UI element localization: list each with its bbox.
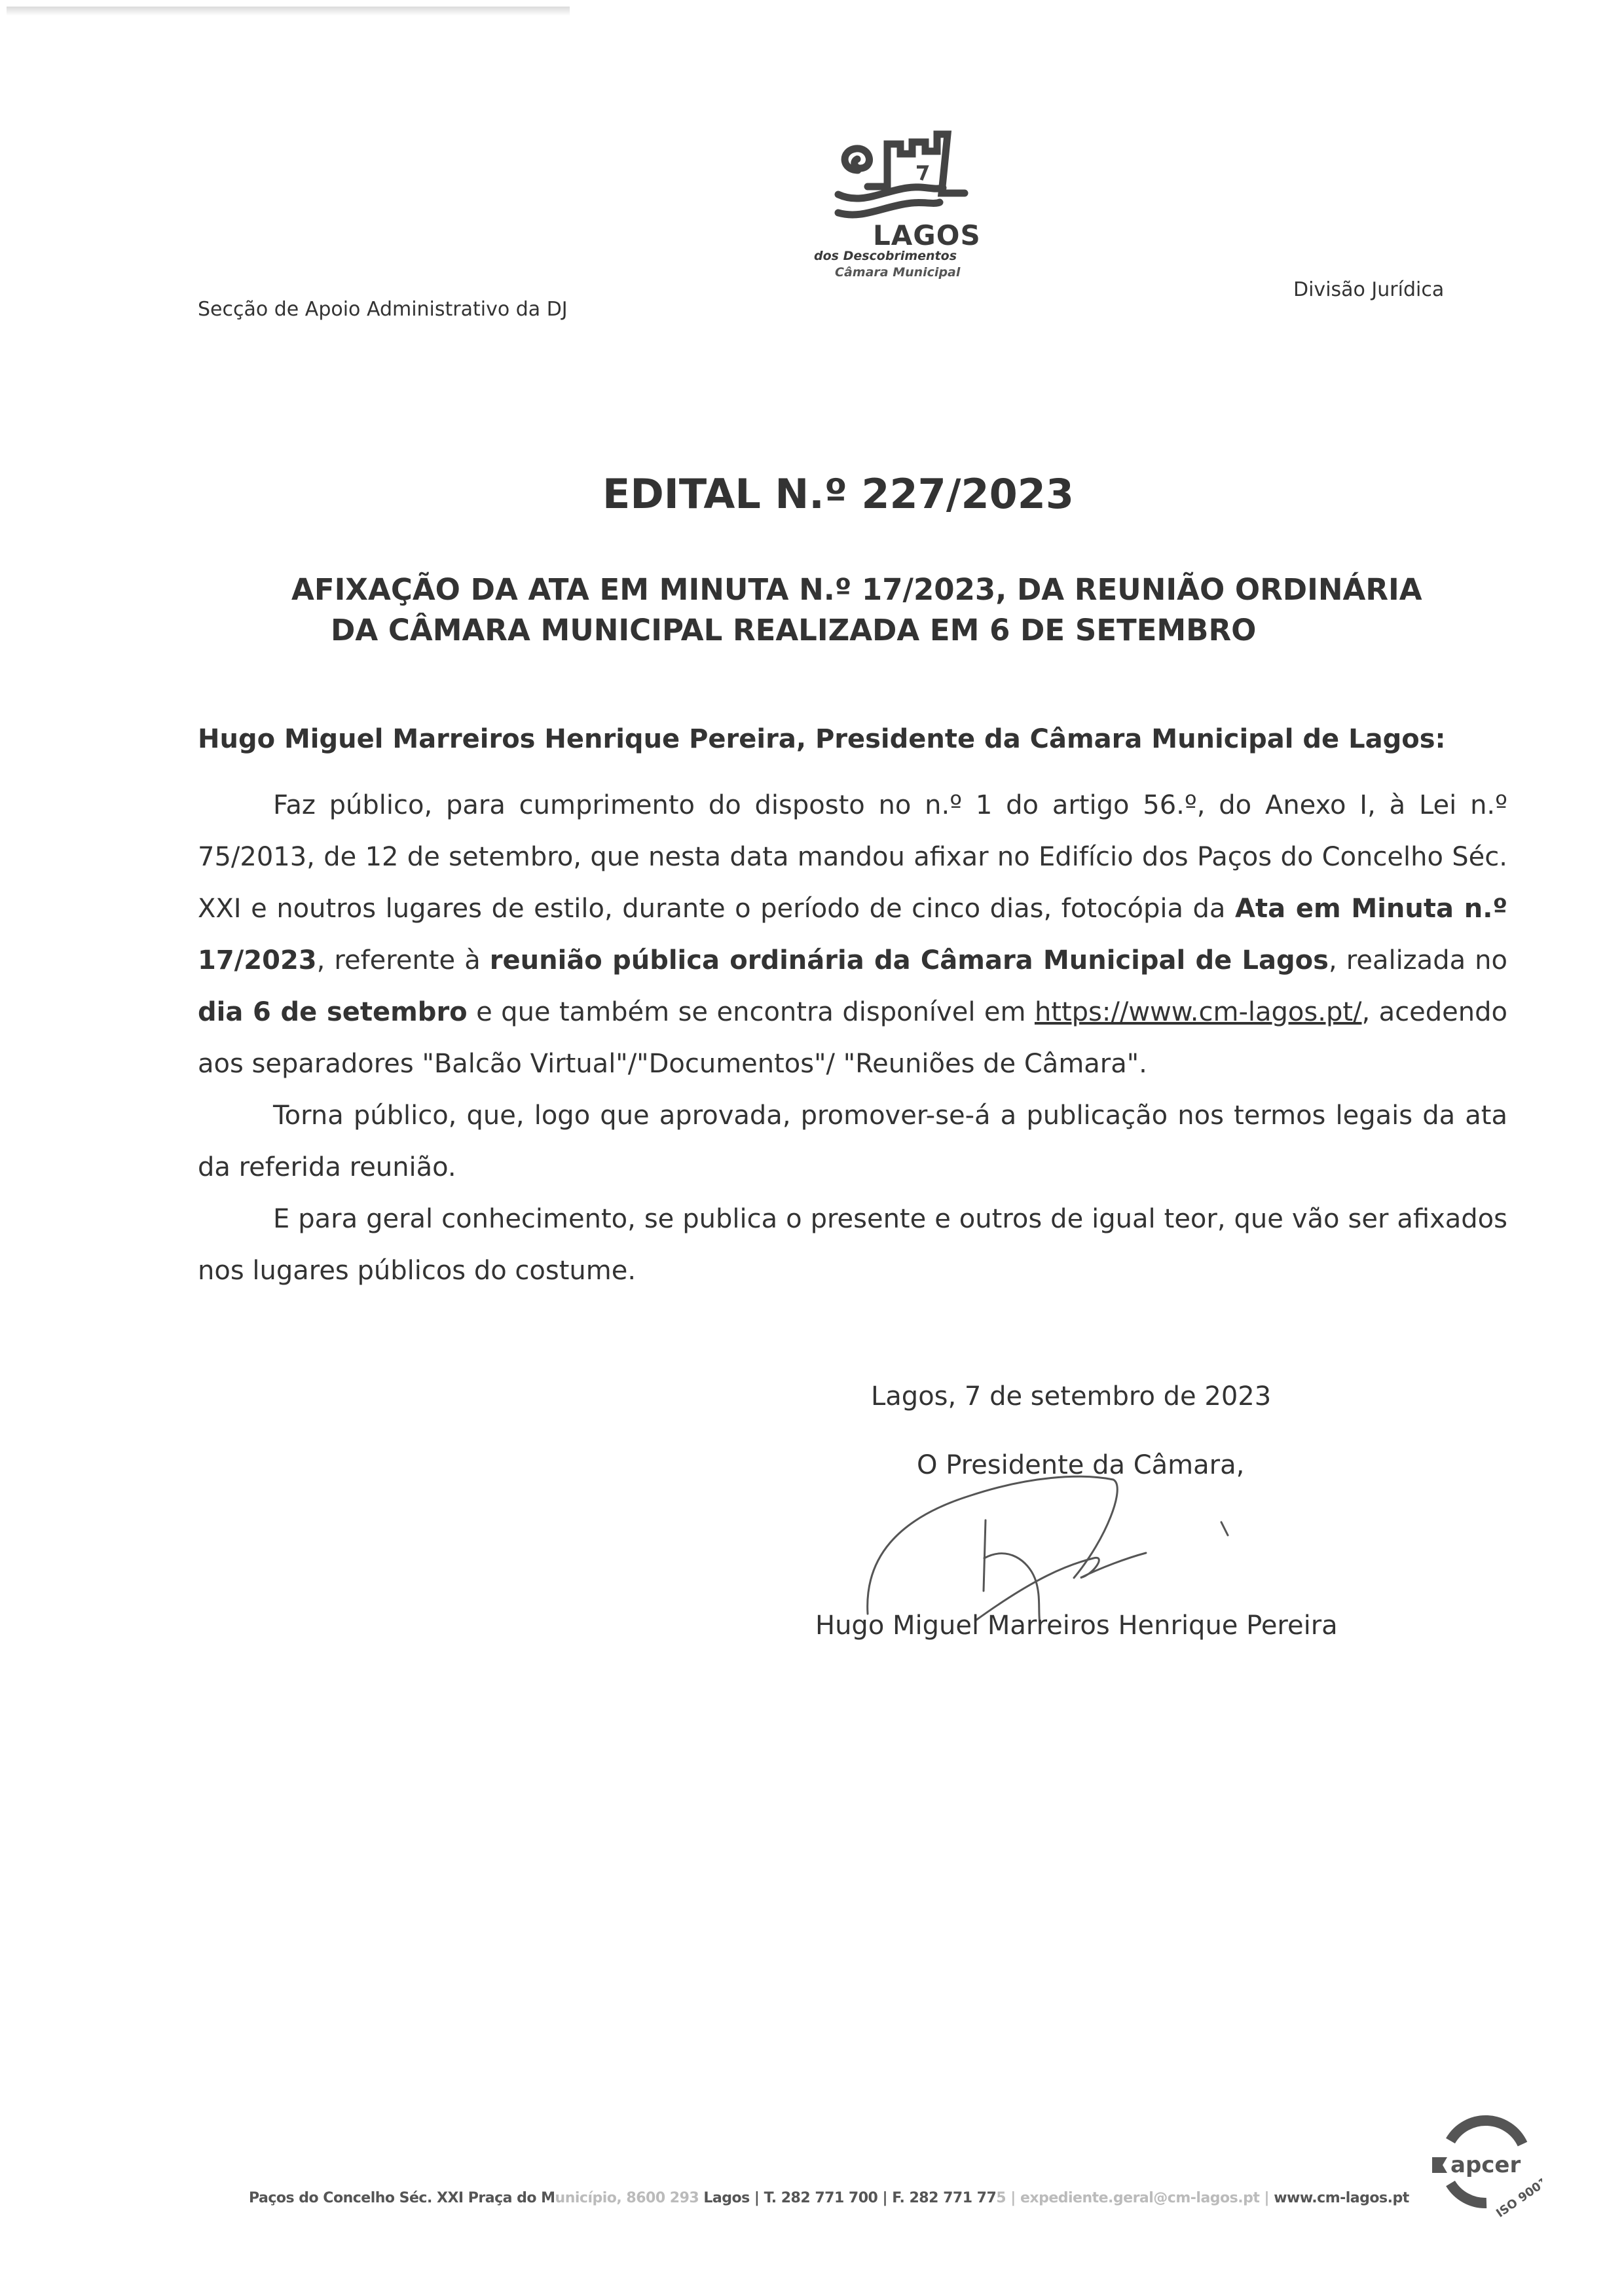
website-link[interactable]: https://www.cm-lagos.pt/ bbox=[1035, 997, 1362, 1027]
logo-entity: Câmara Municipal bbox=[835, 265, 960, 280]
paragraph-2: Torna público, que, logo que aprovada, p… bbox=[198, 1090, 1507, 1194]
document-body: Hugo Miguel Marreiros Henrique Pereira, … bbox=[198, 714, 1507, 1297]
logo-tagline: dos Descobrimentos bbox=[814, 249, 957, 263]
footer-phone: Lagos | T. 282 771 700 | F. 282 771 77 bbox=[699, 2190, 996, 2206]
signer-name: Hugo Miguel Marreiros Henrique Pereira bbox=[815, 1611, 1338, 1641]
paragraph-1-text: , referente à bbox=[317, 945, 490, 975]
paragraph-3: E para geral conhecimento, se publica o … bbox=[198, 1194, 1507, 1297]
place-date: Lagos, 7 de setembro de 2023 bbox=[871, 1381, 1271, 1412]
footer-email: 5 | expediente.geral@cm-lagos.pt | bbox=[996, 2190, 1274, 2206]
logo-name: LAGOS bbox=[873, 219, 981, 251]
footer-website: www.cm-lagos.pt bbox=[1274, 2190, 1409, 2206]
paragraph-1-text: , realizada no bbox=[1329, 945, 1507, 975]
body-heading: Hugo Miguel Marreiros Henrique Pereira, … bbox=[198, 714, 1507, 765]
paragraph-1-text: e que também se encontra disponível em bbox=[468, 997, 1035, 1027]
apcer-certification-seal-icon: apcer ISO 9001 bbox=[1424, 2105, 1542, 2223]
lagos-logo: LAGOS dos Descobrimentos Câmara Municipa… bbox=[809, 128, 1005, 285]
document-subtitle: AFIXAÇÃO DA ATA EM MINUTA N.º 17/2023, D… bbox=[291, 570, 1503, 651]
subtitle-line-2: DA CÂMARA MUNICIPAL REALIZADA EM 6 DE SE… bbox=[291, 610, 1503, 651]
footer-address: Paços do Concelho Séc. XXI Praça do M bbox=[249, 2190, 555, 2206]
division-name: Divisão Jurídica bbox=[1293, 278, 1444, 301]
cert-standard: ISO 9001 bbox=[1494, 2175, 1542, 2221]
footer-address-faint: unicípio, 8600 293 bbox=[555, 2190, 699, 2206]
lagos-municipal-logo-icon bbox=[809, 128, 1005, 226]
cert-brand: apcer bbox=[1450, 2152, 1521, 2178]
subtitle-line-1: AFIXAÇÃO DA ATA EM MINUTA N.º 17/2023, D… bbox=[291, 572, 1422, 607]
meeting-type: reunião pública ordinária da Câmara Muni… bbox=[490, 945, 1329, 975]
scan-edge-artifact bbox=[7, 7, 570, 16]
meeting-date: dia 6 de setembro bbox=[198, 997, 468, 1027]
footer-contact: Paços do Concelho Séc. XXI Praça do Muni… bbox=[249, 2190, 1409, 2206]
section-name: Secção de Apoio Administrativo da DJ bbox=[198, 298, 568, 321]
paragraph-1: Faz público, para cumprimento do dispost… bbox=[198, 780, 1507, 1090]
document-title: EDITAL N.º 227/2023 bbox=[0, 470, 1624, 518]
